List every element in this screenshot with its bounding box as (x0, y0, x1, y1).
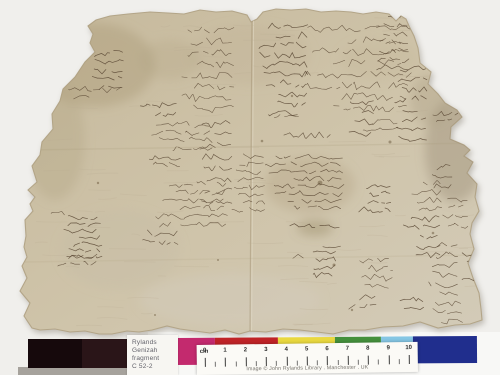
photograph-scan: Rylands Genizah fragment C 52-2 cm 01234… (0, 0, 500, 375)
fibre-line (465, 286, 494, 287)
ruler-tick-major (348, 356, 349, 365)
fibre-line (439, 62, 450, 63)
color-patch-dark-blue (413, 336, 477, 363)
ruler-number: 3 (264, 347, 267, 353)
label-line: fragment (132, 355, 178, 363)
label-line: Genizah (132, 347, 178, 355)
ruler-tick-major (286, 357, 287, 366)
shelfmark-label: Rylands Genizah fragment C 52-2 (127, 335, 178, 375)
ruler-number: 0 (203, 348, 206, 354)
ruler-number: 9 (387, 345, 390, 351)
measurement-ruler: cm 012345678910 Image © John Rylands Lib… (197, 342, 418, 375)
ruler-number: 2 (244, 347, 247, 353)
ruler-number: 8 (366, 346, 369, 352)
gray-patch-black (28, 339, 82, 368)
ruler-number: 4 (285, 347, 288, 353)
label-line: Rylands (132, 339, 178, 347)
ruler-number: 1 (223, 348, 226, 354)
fibre-line (109, 249, 146, 250)
grayscale-base (18, 367, 144, 375)
ruler-number: 6 (325, 346, 328, 352)
copyright-text: Image © John Rylands Library . Mancheste… (197, 364, 418, 373)
ruler-tick-major (266, 357, 267, 366)
fibre-line (27, 74, 40, 76)
ruler-tick-major (327, 356, 328, 365)
ink-line (467, 261, 487, 265)
fibre-line (53, 33, 89, 34)
ruler-tick-major (246, 357, 247, 366)
gray-patch-dark-maroon (82, 339, 131, 368)
label-line: C 52-2 (132, 363, 178, 371)
ruler-number: 7 (346, 346, 349, 352)
ruler-tick-major (368, 356, 369, 365)
ruler-number: 5 (305, 346, 308, 352)
ruler-tick-major (307, 356, 308, 365)
fibre-line (394, 24, 431, 25)
manuscript-fragment (0, 0, 500, 375)
ruler-tick-major (225, 358, 226, 367)
ink-line (473, 271, 488, 273)
ruler-tick-major (409, 355, 410, 364)
ruler-number: 10 (405, 345, 412, 351)
ruler-tick-major (388, 355, 389, 364)
ruler-tick-major (205, 358, 206, 367)
